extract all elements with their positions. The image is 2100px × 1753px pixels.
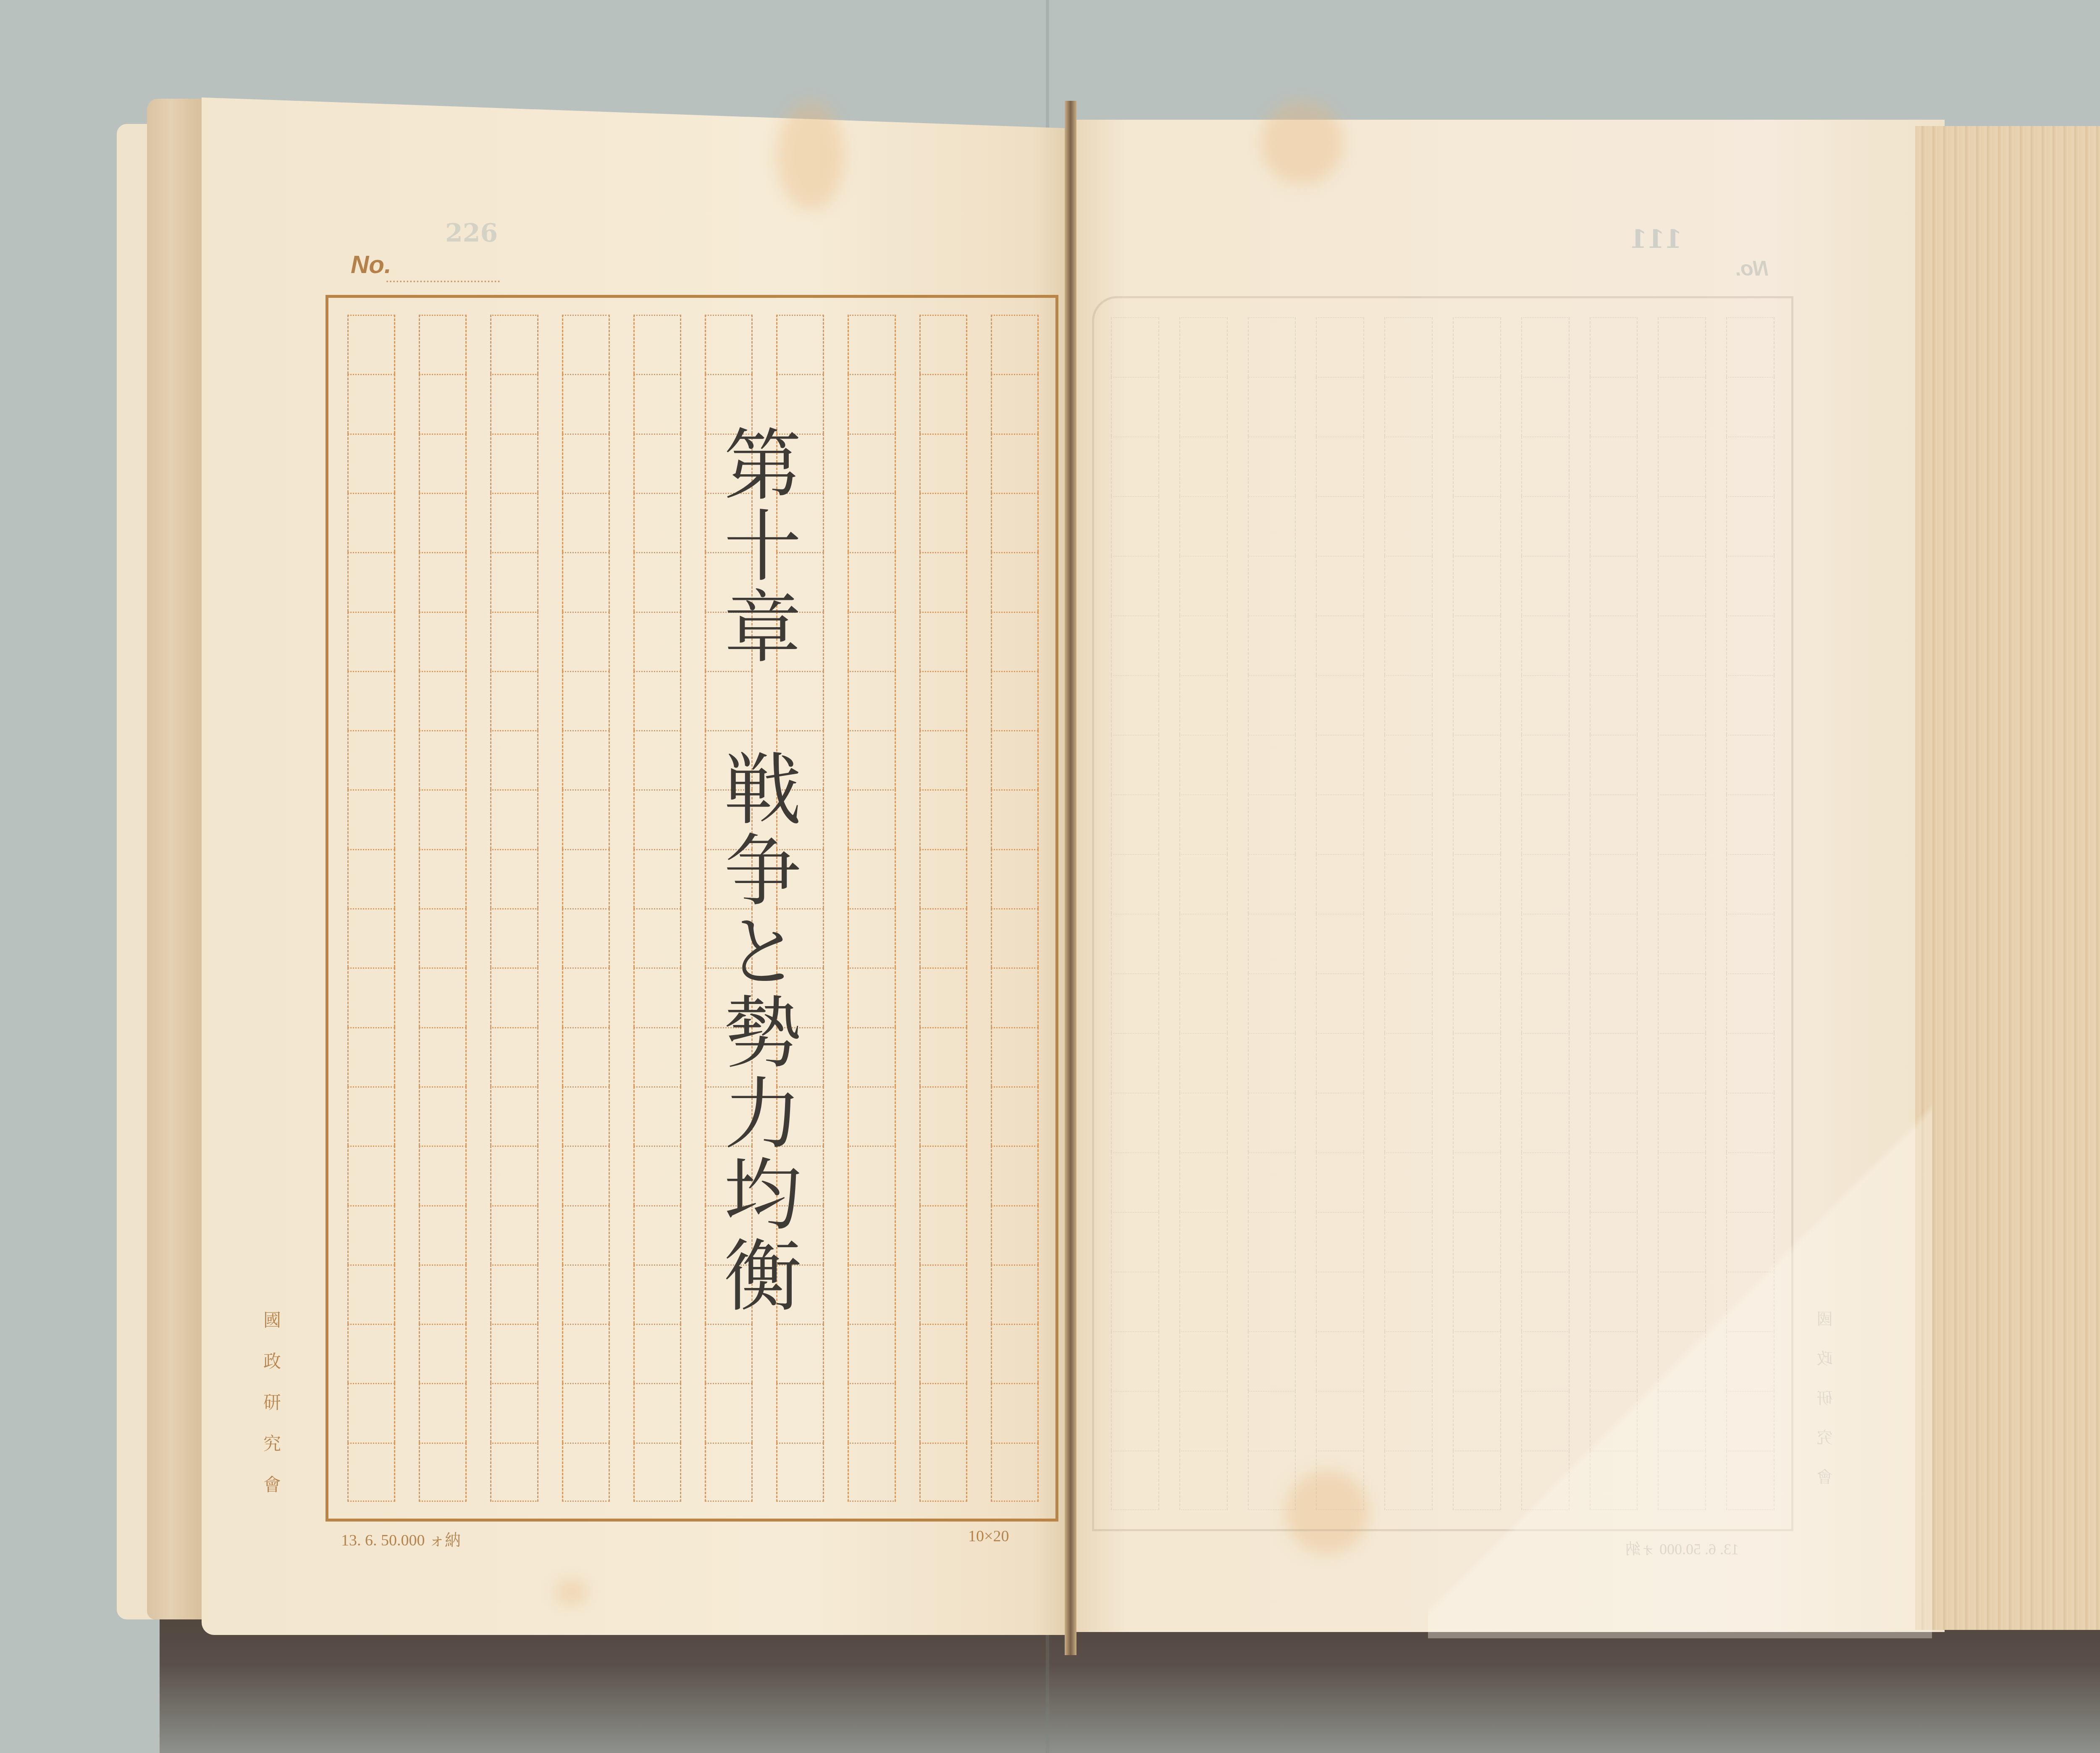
grid-cell xyxy=(919,1443,967,1502)
grid-cell xyxy=(347,1086,395,1146)
grid-cell xyxy=(991,967,1039,1027)
page-number-label: No. xyxy=(351,250,391,279)
grid-cell xyxy=(1248,973,1296,1033)
grid-cell xyxy=(1453,1033,1501,1093)
grid-cell xyxy=(633,967,681,1027)
grid-cell xyxy=(848,374,895,433)
right-no-label-showthrough: No. xyxy=(1735,256,1769,281)
grid-cell xyxy=(991,1027,1039,1086)
grid-cell xyxy=(1658,914,1706,973)
left-page-stack xyxy=(147,99,206,1619)
grid-cell xyxy=(776,1383,824,1442)
grid-cell xyxy=(848,612,895,671)
grid-cell xyxy=(419,1264,467,1324)
grid-cell xyxy=(1590,794,1638,854)
grid-cell xyxy=(419,789,467,849)
grid-cell xyxy=(347,493,395,552)
grid-cell xyxy=(1316,1093,1364,1152)
grid-cell xyxy=(1111,556,1159,615)
grid-cell xyxy=(1316,1331,1364,1391)
grid-cell xyxy=(1521,436,1570,496)
grid-cell xyxy=(1111,914,1159,973)
grid-column xyxy=(1111,317,1159,1510)
grid-cell xyxy=(419,1324,467,1383)
grid-cell xyxy=(490,1443,538,1502)
grid-cell xyxy=(490,1324,538,1383)
grid-cell xyxy=(1248,615,1296,675)
grid-cell xyxy=(1384,1033,1433,1093)
grid-cell xyxy=(1179,973,1228,1033)
grid-cell xyxy=(1726,854,1774,914)
grid-cell xyxy=(419,967,467,1027)
grid-cell xyxy=(1658,794,1706,854)
grid-cell xyxy=(490,552,538,611)
grid-cell xyxy=(1590,317,1638,377)
grid-cell xyxy=(1590,973,1638,1033)
manuscript-grid-frame xyxy=(325,295,1058,1522)
grid-cell xyxy=(1453,735,1501,794)
grid-cell xyxy=(633,612,681,671)
grid-cell xyxy=(490,1264,538,1324)
grid-cell xyxy=(562,967,610,1027)
grid-cell xyxy=(347,730,395,789)
grid-cell xyxy=(848,789,895,849)
grid-cell xyxy=(1726,735,1774,794)
grid-cell xyxy=(562,315,610,374)
grid-cell xyxy=(633,493,681,552)
grid-cell xyxy=(1248,496,1296,556)
grid-cell xyxy=(1658,735,1706,794)
grid-cell xyxy=(633,849,681,908)
grid-cell xyxy=(490,434,538,493)
right-page-number-showthrough: 111 xyxy=(1630,225,1682,254)
grid-cell xyxy=(1658,377,1706,436)
grid-cell xyxy=(347,671,395,730)
grid-cell xyxy=(1453,914,1501,973)
grid-cell xyxy=(1179,1093,1228,1152)
grid-cell xyxy=(848,552,895,611)
grid-cell xyxy=(562,612,610,671)
grid-cell xyxy=(991,908,1039,967)
grid-cell xyxy=(1521,556,1570,615)
grid-cell xyxy=(419,730,467,789)
grid-size-footer: 10×20 xyxy=(968,1527,1009,1545)
grid-cell xyxy=(1179,1033,1228,1093)
grid-cell xyxy=(1590,496,1638,556)
grid-cell xyxy=(1590,1033,1638,1093)
grid-cell xyxy=(1248,914,1296,973)
grid-column xyxy=(991,315,1039,1502)
grid-cell xyxy=(776,315,824,374)
grid-cell xyxy=(562,1205,610,1264)
grid-cell xyxy=(1316,377,1364,436)
grid-cell xyxy=(1179,854,1228,914)
grid-cell xyxy=(1316,615,1364,675)
grid-cell xyxy=(1726,377,1774,436)
grid-cell xyxy=(633,1146,681,1205)
grid-cell xyxy=(991,1264,1039,1324)
grid-cell xyxy=(490,1205,538,1264)
grid-cell xyxy=(419,374,467,433)
grid-cell xyxy=(991,1205,1039,1264)
grid-cell xyxy=(1179,377,1228,436)
grid-cell xyxy=(562,1443,610,1502)
grid-cell xyxy=(919,1027,967,1086)
grid-cell xyxy=(1658,436,1706,496)
grid-cell xyxy=(1453,377,1501,436)
grid-cell xyxy=(562,1324,610,1383)
manuscript-grid xyxy=(347,315,1039,1502)
grid-cell xyxy=(1453,675,1501,735)
grid-cell xyxy=(919,374,967,433)
grid-cell xyxy=(490,671,538,730)
grid-cell xyxy=(419,1383,467,1442)
left-page-number-showthrough: 226 xyxy=(445,218,498,248)
grid-cell xyxy=(562,493,610,552)
grid-cell xyxy=(562,908,610,967)
grid-cell xyxy=(991,374,1039,433)
grid-cell xyxy=(1111,1331,1159,1391)
grid-cell xyxy=(848,1264,895,1324)
grid-cell xyxy=(991,493,1039,552)
grid-cell xyxy=(1316,1212,1364,1272)
grid-cell xyxy=(991,1146,1039,1205)
grid-cell xyxy=(1521,675,1570,735)
grid-cell xyxy=(848,967,895,1027)
grid-cell xyxy=(919,612,967,671)
grid-cell xyxy=(1384,496,1433,556)
grid-cell xyxy=(1590,556,1638,615)
grid-cell xyxy=(1521,317,1570,377)
grid-column xyxy=(919,315,967,1502)
grid-cell xyxy=(562,730,610,789)
grid-cell xyxy=(1453,973,1501,1033)
grid-cell xyxy=(1248,436,1296,496)
grid-cell xyxy=(919,1205,967,1264)
grid-cell xyxy=(1658,317,1706,377)
grid-cell xyxy=(562,374,610,433)
grid-cell xyxy=(1248,1033,1296,1093)
grid-cell xyxy=(490,730,538,789)
grid-cell xyxy=(1384,556,1433,615)
grid-cell xyxy=(347,789,395,849)
grid-cell xyxy=(1248,1331,1296,1391)
grid-cell xyxy=(1179,496,1228,556)
grid-cell xyxy=(562,789,610,849)
grid-cell xyxy=(1521,735,1570,794)
grid-cell xyxy=(1590,854,1638,914)
grid-cell xyxy=(1316,973,1364,1033)
grid-cell xyxy=(419,315,467,374)
grid-cell xyxy=(633,1443,681,1502)
grid-cell xyxy=(490,849,538,908)
grid-cell xyxy=(1111,1093,1159,1152)
grid-cell xyxy=(848,849,895,908)
grid-cell xyxy=(1111,436,1159,496)
grid-cell xyxy=(1111,1212,1159,1272)
grid-cell xyxy=(1658,496,1706,556)
grid-cell xyxy=(490,1146,538,1205)
grid-column xyxy=(1179,317,1228,1510)
grid-cell xyxy=(1111,675,1159,735)
grid-cell xyxy=(1179,1331,1228,1391)
grid-cell xyxy=(1248,377,1296,436)
grid-cell xyxy=(490,493,538,552)
grid-cell xyxy=(1384,317,1433,377)
foxing-stain xyxy=(777,101,844,210)
grid-cell xyxy=(919,849,967,908)
grid-column xyxy=(1384,317,1433,1510)
grid-cell xyxy=(1726,436,1774,496)
grid-cell xyxy=(347,1146,395,1205)
grid-cell xyxy=(848,1205,895,1264)
grid-cell xyxy=(1726,317,1774,377)
grid-cell xyxy=(490,789,538,849)
grid-cell xyxy=(1316,1391,1364,1451)
grid-cell xyxy=(1658,1033,1706,1093)
grid-cell xyxy=(1316,914,1364,973)
grid-cell xyxy=(848,730,895,789)
grid-cell xyxy=(1111,317,1159,377)
grid-cell xyxy=(1384,1272,1433,1331)
grid-cell xyxy=(1111,1451,1159,1510)
grid-cell xyxy=(1248,1212,1296,1272)
grid-cell xyxy=(633,315,681,374)
grid-cell xyxy=(919,1383,967,1442)
grid-cell xyxy=(1179,1391,1228,1451)
grid-cell xyxy=(347,1324,395,1383)
grid-cell xyxy=(347,552,395,611)
grid-cell xyxy=(1384,735,1433,794)
foxing-stain xyxy=(1260,101,1344,185)
grid-cell xyxy=(1590,675,1638,735)
grid-cell xyxy=(1316,1451,1364,1510)
grid-cell xyxy=(347,434,395,493)
grid-cell xyxy=(1384,615,1433,675)
grid-cell xyxy=(1111,735,1159,794)
grid-cell xyxy=(1658,973,1706,1033)
grid-cell xyxy=(347,967,395,1027)
grid-cell xyxy=(1179,794,1228,854)
grid-cell xyxy=(347,612,395,671)
grid-cell xyxy=(1179,436,1228,496)
grid-cell xyxy=(776,1324,824,1383)
grid-cell xyxy=(991,849,1039,908)
grid-cell xyxy=(419,552,467,611)
grid-cell xyxy=(848,1324,895,1383)
grid-cell xyxy=(848,493,895,552)
grid-cell xyxy=(562,552,610,611)
grid-cell xyxy=(919,1086,967,1146)
grid-cell xyxy=(633,671,681,730)
grid-cell xyxy=(1384,1331,1433,1391)
grid-cell xyxy=(419,1027,467,1086)
grid-cell xyxy=(1248,556,1296,615)
grid-cell xyxy=(1658,675,1706,735)
grid-cell xyxy=(633,789,681,849)
grid-cell xyxy=(1248,1093,1296,1152)
grid-cell xyxy=(419,434,467,493)
grid-cell xyxy=(1384,377,1433,436)
grid-cell xyxy=(1384,1093,1433,1152)
page-fold-highlight xyxy=(1428,1092,1932,1638)
grid-cell xyxy=(1590,615,1638,675)
grid-cell xyxy=(1521,973,1570,1033)
grid-cell xyxy=(1316,436,1364,496)
grid-cell xyxy=(1726,556,1774,615)
grid-column xyxy=(1316,317,1364,1510)
grid-cell xyxy=(991,671,1039,730)
grid-cell xyxy=(705,1324,753,1383)
grid-cell xyxy=(991,552,1039,611)
grid-cell xyxy=(1111,1272,1159,1331)
grid-cell xyxy=(1453,556,1501,615)
grid-cell xyxy=(1179,1272,1228,1331)
grid-cell xyxy=(347,908,395,967)
grid-cell xyxy=(919,1324,967,1383)
grid-cell xyxy=(419,1205,467,1264)
grid-cell xyxy=(1726,1033,1774,1093)
grid-cell xyxy=(1384,854,1433,914)
grid-cell xyxy=(919,789,967,849)
grid-cell xyxy=(919,1146,967,1205)
grid-cell xyxy=(1179,675,1228,735)
grid-cell xyxy=(1248,1451,1296,1510)
grid-cell xyxy=(1453,794,1501,854)
grid-cell xyxy=(1316,675,1364,735)
grid-cell xyxy=(490,315,538,374)
grid-cell xyxy=(848,1383,895,1442)
grid-cell xyxy=(1248,675,1296,735)
grid-cell xyxy=(419,849,467,908)
right-page-stack xyxy=(1915,126,2100,1630)
grid-cell xyxy=(1658,854,1706,914)
grid-cell xyxy=(490,1086,538,1146)
grid-cell xyxy=(991,789,1039,849)
grid-cell xyxy=(562,849,610,908)
grid-cell xyxy=(1316,735,1364,794)
grid-cell xyxy=(490,908,538,967)
grid-cell xyxy=(1726,794,1774,854)
grid-cell xyxy=(347,1264,395,1324)
grid-cell xyxy=(991,1383,1039,1442)
grid-cell xyxy=(1521,496,1570,556)
grid-cell xyxy=(991,434,1039,493)
grid-cell xyxy=(562,671,610,730)
grid-cell xyxy=(848,1146,895,1205)
grid-cell xyxy=(1726,675,1774,735)
grid-cell xyxy=(919,552,967,611)
grid-cell xyxy=(1248,1391,1296,1451)
grid-cell xyxy=(1726,615,1774,675)
grid-cell xyxy=(705,1443,753,1502)
handwritten-chapter-title: 第十章 戦争と勢力均衡 xyxy=(714,424,798,1316)
grid-column xyxy=(1248,317,1296,1510)
grid-column xyxy=(490,315,538,1502)
grid-cell xyxy=(633,908,681,967)
grid-cell xyxy=(1316,854,1364,914)
grid-cell xyxy=(633,374,681,433)
grid-cell xyxy=(1316,1033,1364,1093)
grid-cell xyxy=(1453,496,1501,556)
grid-cell xyxy=(1316,496,1364,556)
grid-cell xyxy=(919,730,967,789)
grid-cell xyxy=(633,1383,681,1442)
grid-cell xyxy=(991,1086,1039,1146)
page-number-field xyxy=(386,281,500,282)
grid-cell xyxy=(1521,1033,1570,1093)
grid-cell xyxy=(419,612,467,671)
grid-cell xyxy=(633,1324,681,1383)
grid-cell xyxy=(419,1146,467,1205)
grid-cell xyxy=(1316,317,1364,377)
grid-cell xyxy=(1384,794,1433,854)
grid-column xyxy=(419,315,467,1502)
grid-cell xyxy=(490,374,538,433)
grid-cell xyxy=(848,1027,895,1086)
book-gutter xyxy=(1065,101,1076,1655)
grid-cell xyxy=(633,1205,681,1264)
grid-cell xyxy=(419,1443,467,1502)
grid-cell xyxy=(1179,914,1228,973)
grid-cell xyxy=(1384,436,1433,496)
grid-cell xyxy=(1384,1212,1433,1272)
grid-cell xyxy=(633,552,681,611)
grid-cell xyxy=(1384,973,1433,1033)
grid-cell xyxy=(919,967,967,1027)
grid-cell xyxy=(1658,615,1706,675)
grid-cell xyxy=(347,374,395,433)
grid-cell xyxy=(633,434,681,493)
grid-cell xyxy=(1590,735,1638,794)
grid-cell xyxy=(1111,496,1159,556)
grid-cell xyxy=(1111,615,1159,675)
grid-cell xyxy=(1248,735,1296,794)
grid-cell xyxy=(1521,794,1570,854)
grid-cell xyxy=(562,1027,610,1086)
grid-cell xyxy=(490,1027,538,1086)
grid-cell xyxy=(1316,556,1364,615)
grid-cell xyxy=(347,1205,395,1264)
grid-cell xyxy=(1111,1152,1159,1212)
grid-cell xyxy=(1726,914,1774,973)
grid-cell xyxy=(1384,1391,1433,1451)
grid-cell xyxy=(1179,615,1228,675)
grid-cell xyxy=(347,1383,395,1442)
grid-cell xyxy=(1453,436,1501,496)
grid-cell xyxy=(1179,1152,1228,1212)
grid-cell xyxy=(419,493,467,552)
grid-cell xyxy=(1384,1152,1433,1212)
foxing-stain xyxy=(554,1580,588,1605)
grid-cell xyxy=(1111,1033,1159,1093)
grid-cell xyxy=(1316,1152,1364,1212)
grid-cell xyxy=(633,1264,681,1324)
grid-cell xyxy=(1316,794,1364,854)
grid-cell xyxy=(1453,854,1501,914)
grid-cell xyxy=(347,849,395,908)
grid-cell xyxy=(919,434,967,493)
grid-cell xyxy=(848,671,895,730)
grid-cell xyxy=(705,315,753,374)
grid-cell xyxy=(562,1086,610,1146)
grid-cell xyxy=(991,612,1039,671)
grid-cell xyxy=(347,315,395,374)
grid-cell xyxy=(490,967,538,1027)
grid-column xyxy=(848,315,895,1502)
grid-cell xyxy=(1658,556,1706,615)
grid-cell xyxy=(848,434,895,493)
